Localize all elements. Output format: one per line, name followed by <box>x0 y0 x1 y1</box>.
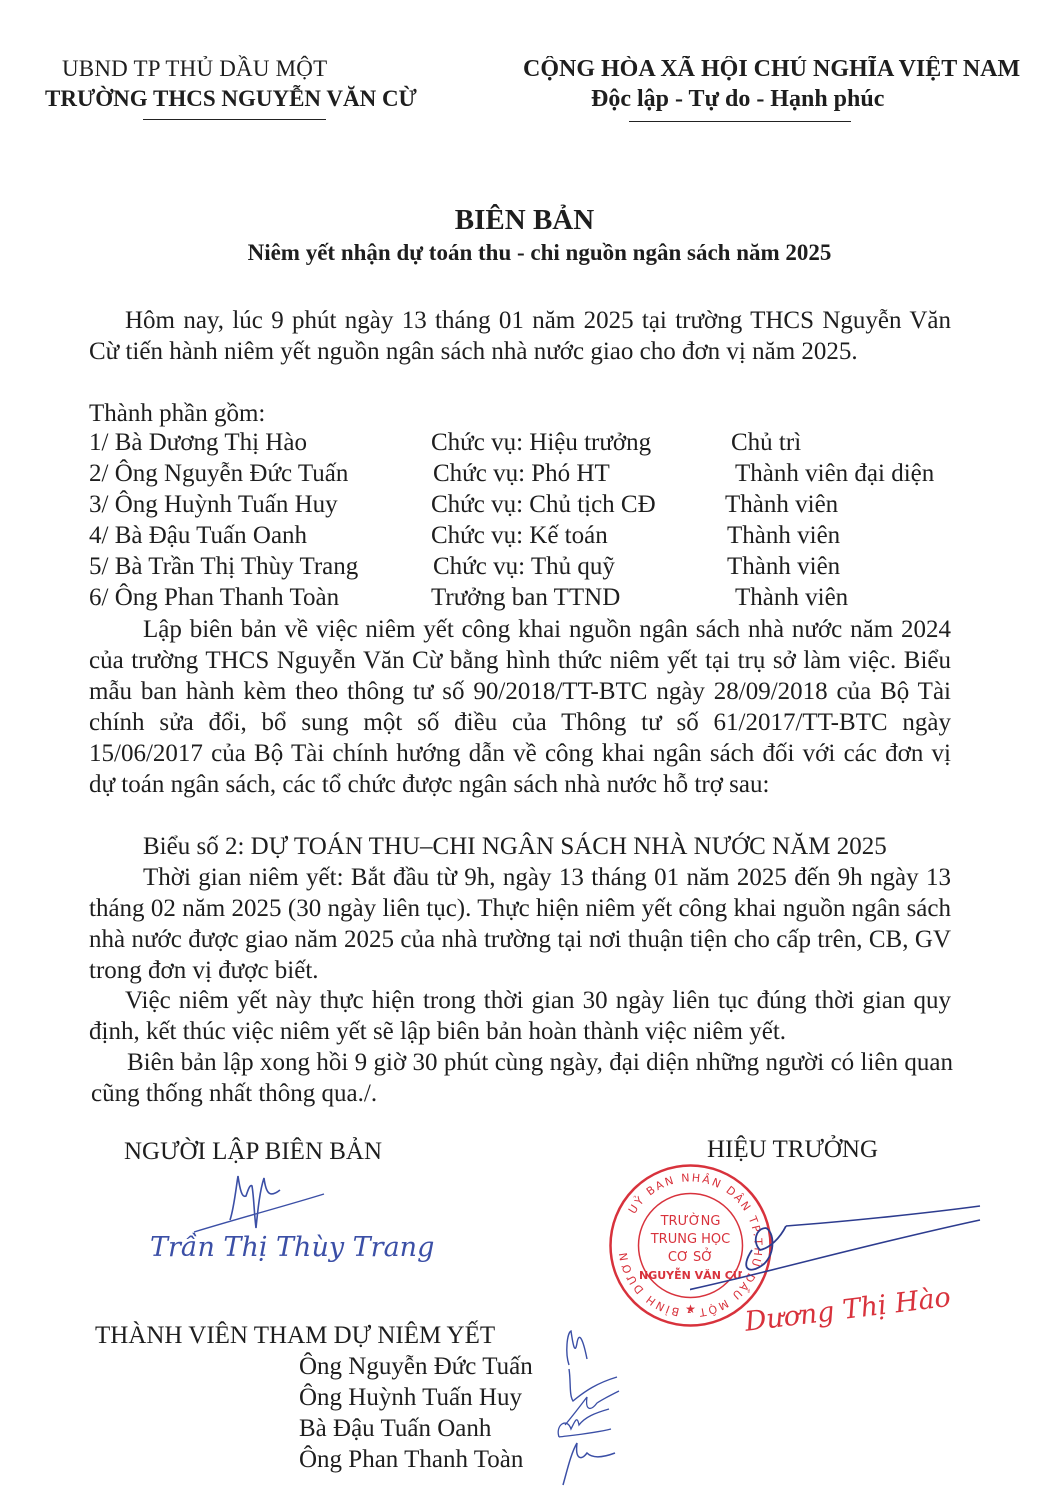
member-name: 6/ Ông Phan Thanh Toàn <box>89 584 339 612</box>
members-label: Thành phần gồm: <box>89 398 265 429</box>
attendees-title: THÀNH VIÊN THAM DỰ NIÊM YẾT <box>95 1322 495 1350</box>
duration-paragraph: Việc niêm yết này thực hiện trong thời g… <box>89 985 951 1047</box>
attendee-name: Ông Phan Thanh Toàn <box>299 1446 523 1474</box>
member-position: Chức vụ: Thủ quỹ <box>433 553 615 581</box>
member-name: 5/ Bà Trần Thị Thùy Trang <box>89 553 358 581</box>
member-role: Thành viên đại diện <box>735 460 934 488</box>
member-name: 1/ Bà Dương Thị Hào <box>89 429 307 457</box>
preparer-signature-scribble <box>190 1168 330 1238</box>
issuing-authority: UBND TP THỦ DẦU MỘT <box>62 56 327 82</box>
attendee-name: Ông Huỳnh Tuấn Huy <box>299 1384 522 1412</box>
member-role: Chủ trì <box>731 429 801 457</box>
national-motto: Độc lập - Tự do - Hạnh phúc <box>591 86 884 113</box>
national-title: CỘNG HÒA XÃ HỘI CHỦ NGHĨA VIỆT NAM <box>523 56 1049 83</box>
member-position: Chức vụ: Chủ tịch CĐ <box>431 491 656 519</box>
member-position: Chức vụ: Hiệu trưởng <box>431 429 651 457</box>
header-right-underline <box>629 121 851 122</box>
principal-title: HIỆU TRƯỞNG <box>707 1136 878 1164</box>
form-reference: Biểu số 2: DỰ TOÁN THU–CHI NGÂN SÁCH NHÀ… <box>143 831 887 862</box>
member-role: Thành viên <box>725 491 838 519</box>
closing-paragraph: Biên bản lập xong hồi 9 giờ 30 phút cùng… <box>91 1047 953 1109</box>
member-name: 2/ Ông Nguyễn Đức Tuấn <box>89 460 348 488</box>
preparer-name-handwritten: Trần Thị Thùy Trang <box>150 1232 434 1263</box>
member-position: Chức vụ: Phó HT <box>433 460 610 488</box>
attendee-signatures-scribble <box>525 1325 625 1495</box>
intro-paragraph: Hôm nay, lúc 9 phút ngày 13 tháng 01 năm… <box>89 305 951 367</box>
member-position: Chức vụ: Kế toán <box>431 522 608 550</box>
member-role: Thành viên <box>735 584 848 612</box>
posting-time-paragraph: Thời gian niêm yết: Bắt đầu từ 9h, ngày … <box>89 862 951 986</box>
member-name: 3/ Ông Huỳnh Tuấn Huy <box>89 491 338 519</box>
member-role: Thành viên <box>727 522 840 550</box>
member-position: Trưởng ban TTND <box>431 584 620 612</box>
legal-basis-paragraph: Lập biên bản về việc niêm yết công khai … <box>89 614 951 800</box>
attendee-name: Bà Đậu Tuấn Oanh <box>299 1415 491 1443</box>
member-role: Thành viên <box>727 553 840 581</box>
document-title: BIÊN BẢN <box>0 204 1049 237</box>
school-name: TRƯỜNG THCS NGUYỄN VĂN CỪ <box>45 86 417 112</box>
attendee-name: Ông Nguyễn Đức Tuấn <box>299 1353 533 1381</box>
preparer-title: NGƯỜI LẬP BIÊN BẢN <box>124 1138 382 1166</box>
document-subtitle: Niêm yết nhận dự toán thu - chi nguồn ng… <box>0 240 1049 266</box>
header-left-underline <box>143 119 326 120</box>
member-name: 4/ Bà Đậu Tuấn Oanh <box>89 522 307 550</box>
